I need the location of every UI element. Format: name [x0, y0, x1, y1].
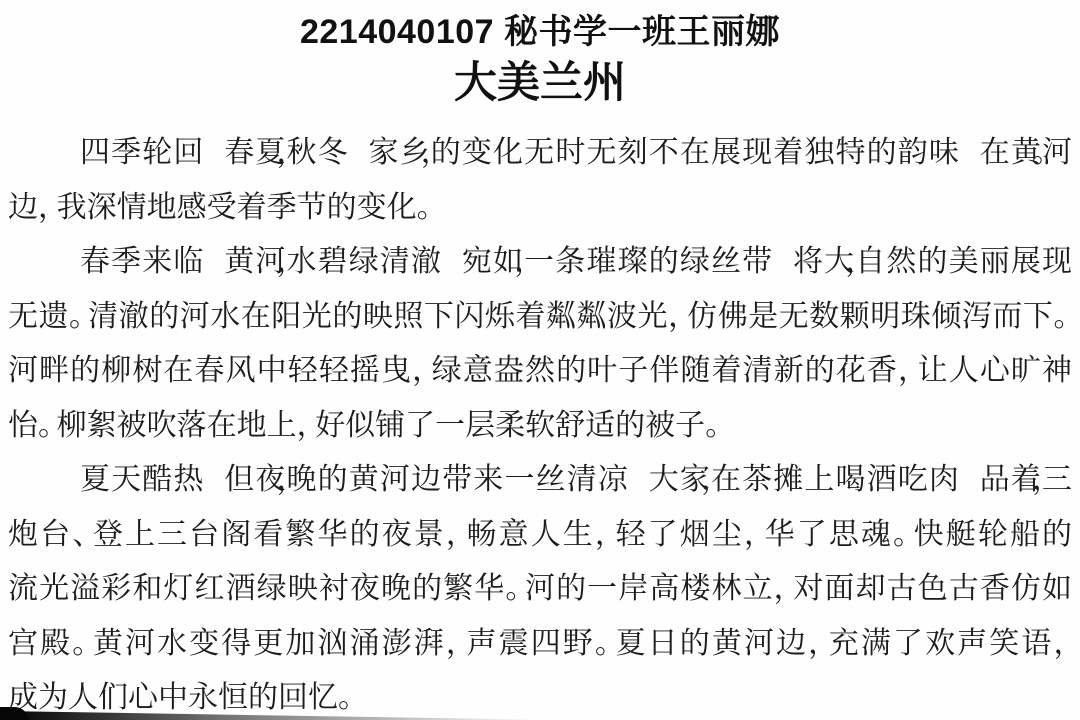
essay-line: 怡。柳絮被吹落在地上，好似铺了一层柔软舒适的被子。 — [8, 399, 1072, 454]
essay-line: 宫殿。黄河水变得更加汹涌澎湃，声震四野。夏日的黄河边，充满了欢声笑语， — [8, 617, 1072, 672]
essay-line: 四季轮回，春夏秋冬，家乡的变化无时无刻不在展现着独特的韵味。在黄河 — [8, 126, 1072, 181]
essay-title: 大美兰州 — [0, 56, 1080, 110]
essay-line: 无遗。清澈的河水在阳光的映照下闪烁着粼粼波光，仿佛是无数颗明珠倾泻而下。 — [8, 290, 1072, 345]
essay-line: 炮台、登上三台阁看繁华的夜景，畅意人生，轻了烟尘，华了思魂。快艇轮船的 — [8, 508, 1072, 563]
essay-line: 夏天酷热，但夜晚的黄河边带来一丝清凉，大家在茶摊上喝酒吃肉，品着三 — [8, 453, 1072, 508]
essay-body: 四季轮回，春夏秋冬，家乡的变化无时无刻不在展现着独特的韵味。在黄河 边，我深情地… — [8, 126, 1072, 720]
document-page: 2214040107 秘书学一班王丽娜 大美兰州 四季轮回，春夏秋冬，家乡的变化… — [0, 0, 1080, 720]
essay-line: 边，我深情地感受着季节的变化。 — [8, 181, 1072, 236]
essay-line: 成为人们心中永恒的回忆。 — [8, 671, 1072, 720]
essay-line: 流光溢彩和灯红酒绿映衬夜晚的繁华。河的一岸高楼林立，对面却古色古香仿如 — [8, 562, 1072, 617]
essay-line: 河畔的柳树在春风中轻轻摇曳，绿意盎然的叶子伴随着清新的花香，让人心旷神 — [8, 344, 1072, 399]
student-id-line: 2214040107 秘书学一班王丽娜 — [0, 10, 1080, 54]
essay-line: 春季来临，黄河水碧绿清澈，宛如一条璀璨的绿丝带，将大自然的美丽展现 — [8, 235, 1072, 290]
